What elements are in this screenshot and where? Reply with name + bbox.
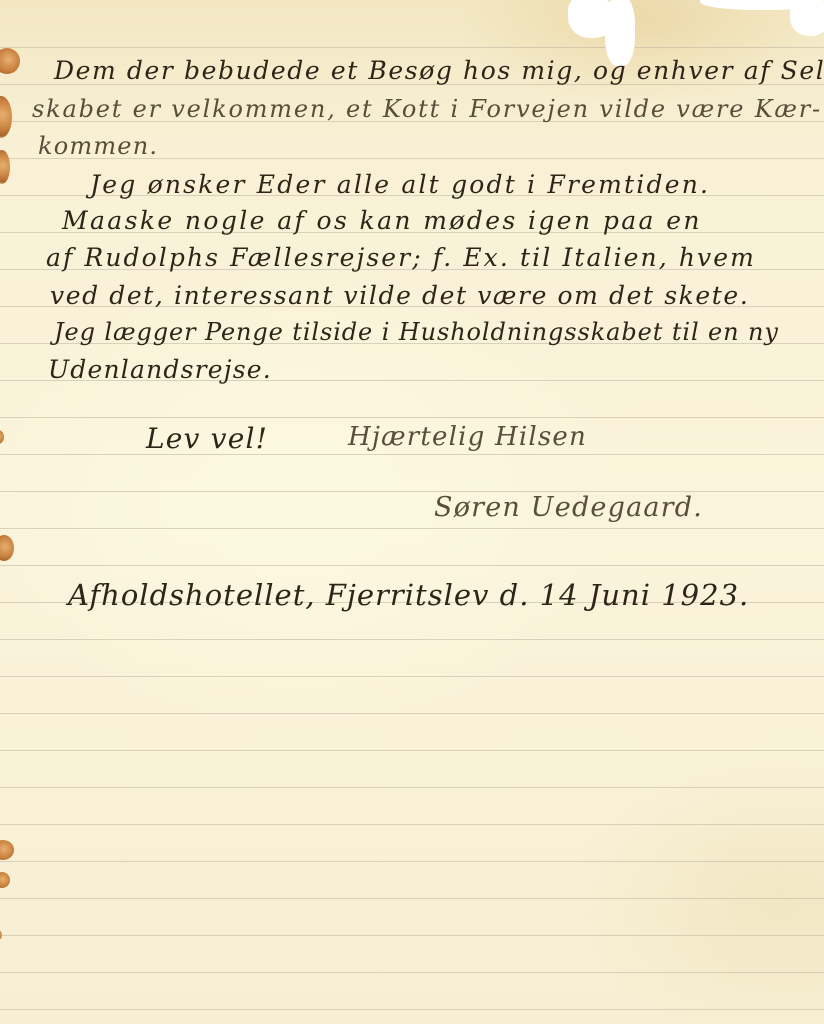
letter-line-5: Maaske nogle af os kan mødes igen paa en: [62, 206, 702, 235]
letter-line-1: Dem der bebudede et Besøg hos mig, og en…: [54, 56, 824, 85]
letter-line-2: skabet er velkommen, et Kott i Forvejen …: [32, 95, 822, 123]
letter-line-3: kommen.: [38, 132, 158, 160]
letter-line-9: Udenlandsrejse.: [48, 355, 272, 384]
signature: Søren Uedegaard.: [434, 492, 703, 523]
place-date: Afholdshotellet, Fjerritslev d. 14 Juni …: [68, 578, 749, 612]
greeting-text: Hjærtelig Hilsen: [348, 422, 587, 452]
letter-line-6: af Rudolphs Fællesrejser; f. Ex. til Ita…: [46, 243, 756, 272]
letter-line-7: ved det, interessant vilde det være om d…: [50, 281, 749, 310]
letter-line-4: Jeg ønsker Eder alle alt godt i Fremtide…: [90, 170, 710, 199]
farewell-text: Lev vel!: [146, 422, 268, 455]
letter-line-8: Jeg lægger Penge tilside i Husholdningss…: [54, 318, 779, 346]
paper-tear: [790, 0, 824, 36]
